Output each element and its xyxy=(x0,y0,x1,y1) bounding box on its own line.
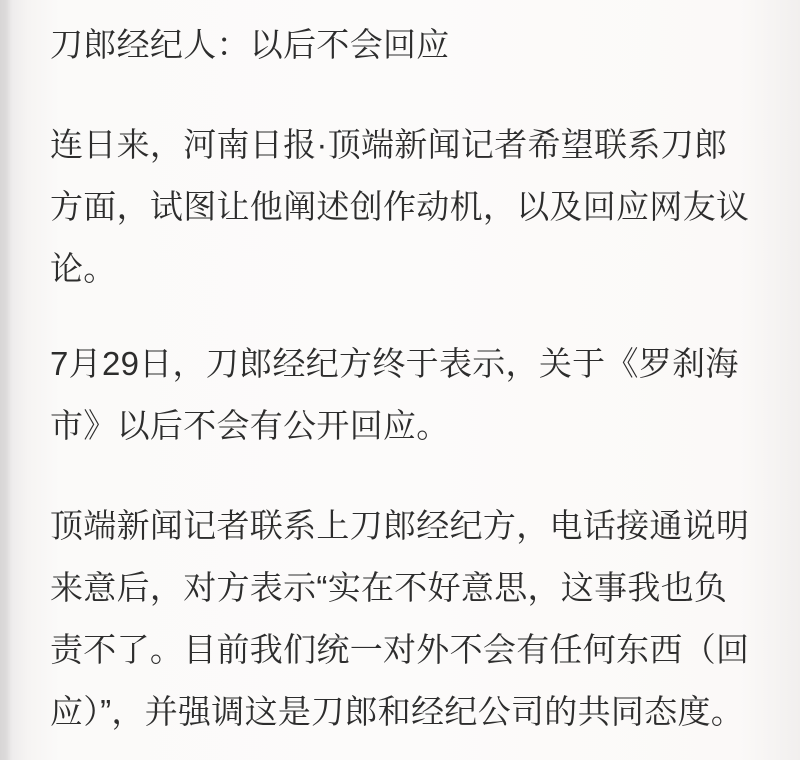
article-paragraph-2: 7月29日，刀郎经纪方终于表示，关于《罗刹海市》以后不会有公开回应。 xyxy=(50,333,750,457)
article-page: 刀郎经纪人：以后不会回应 连日来，河南日报·顶端新闻记者希望联系刀郎方面，试图让… xyxy=(0,0,800,760)
article-paragraph-1: 连日来，河南日报·顶端新闻记者希望联系刀郎方面，试图让他阐述创作动机，以及回应网… xyxy=(50,114,750,300)
article-paragraph-3: 顶端新闻记者联系上刀郎经纪方，电话接通说明来意后，对方表示“实在不好意思，这事我… xyxy=(50,495,750,743)
article-title: 刀郎经纪人：以后不会回应 xyxy=(50,14,750,76)
